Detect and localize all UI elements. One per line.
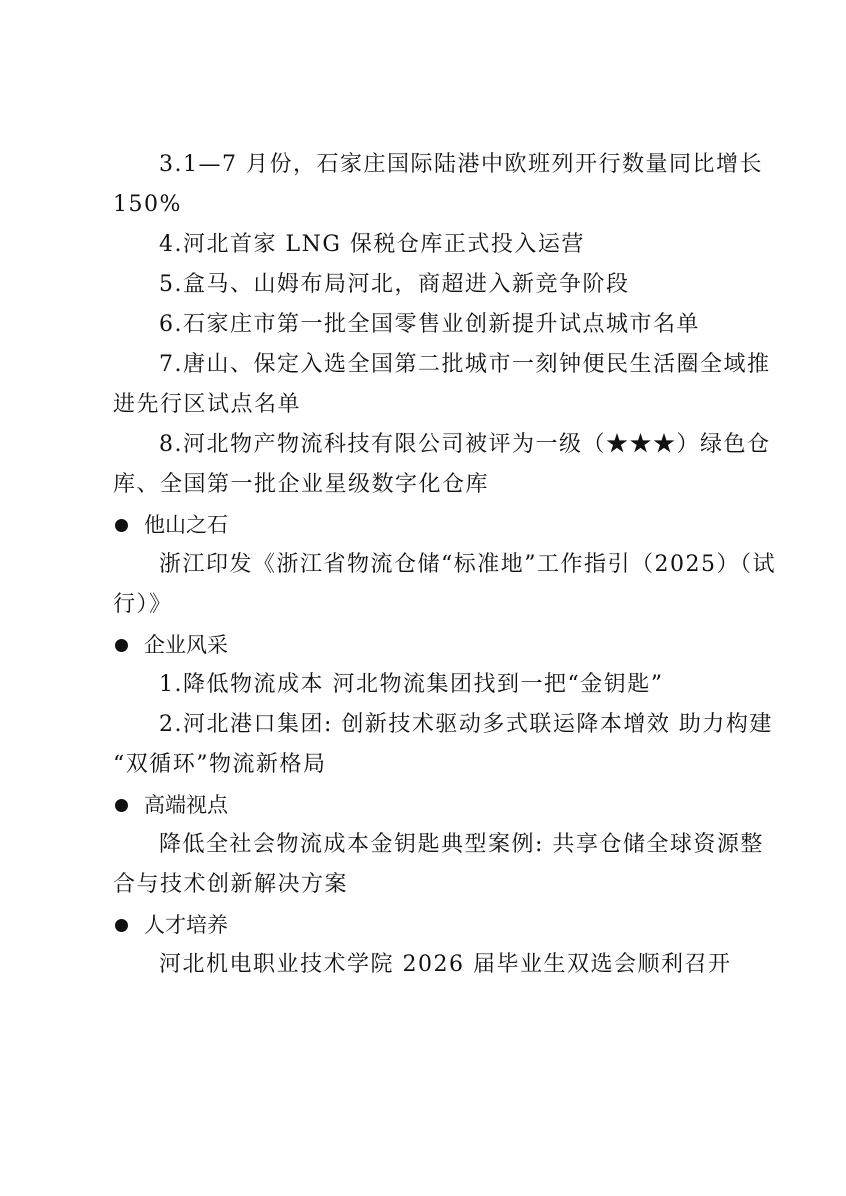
document-page: 3.1—7 月份，石家庄国际陆港中欧班列开行数量同比增长 150% 4.河北首家… <box>113 145 743 985</box>
news-item-8-line-2: 库、全国第一批企业星级数字化仓库 <box>113 465 743 505</box>
section-item-line: 2.河北港口集团: 创新技术驱动多式联运降本增效 助力构建 <box>113 705 743 745</box>
news-item-4: 4.河北首家 LNG 保税仓库正式投入运营 <box>113 225 743 265</box>
bullet-icon <box>115 639 128 652</box>
section-item-line: “双循环”物流新格局 <box>113 745 743 785</box>
bullet-icon <box>115 519 128 532</box>
section-title: 他山之石 <box>144 505 228 545</box>
news-item-7-line-1: 7.唐山、保定入选全国第二批城市一刻钟便民生活圈全域推 <box>113 345 743 385</box>
section-title: 企业风采 <box>144 625 228 665</box>
section-item-line: 河北机电职业技术学院 2026 届毕业生双选会顺利召开 <box>113 945 743 985</box>
section-heading-viewpoint: 高端视点 <box>113 785 743 825</box>
bullet-icon <box>115 919 128 932</box>
section-heading-enterprise: 企业风采 <box>113 625 743 665</box>
section-item-line: 降低全社会物流成本金钥匙典型案例: 共享仓储全球资源整 <box>113 825 743 865</box>
news-item-3-line-1: 3.1—7 月份，石家庄国际陆港中欧班列开行数量同比增长 <box>113 145 743 185</box>
bullet-icon <box>115 799 128 812</box>
news-item-6: 6.石家庄市第一批全国零售业创新提升试点城市名单 <box>113 305 743 345</box>
news-item-8-line-1: 8.河北物产物流科技有限公司被评为一级（★★★）绿色仓 <box>113 425 743 465</box>
section-title: 人才培养 <box>144 905 228 945</box>
section-item-line: 行）》 <box>113 585 743 625</box>
news-item-3-line-2: 150% <box>113 185 743 225</box>
section-item-line: 1.降低物流成本 河北物流集团找到一把“金钥匙” <box>113 665 743 705</box>
section-item-line: 浙江印发《浙江省物流仓储“标准地”工作指引（2025）（试 <box>113 545 743 585</box>
news-item-7-line-2: 进先行区试点名单 <box>113 385 743 425</box>
section-heading-talent: 人才培养 <box>113 905 743 945</box>
section-item-line: 合与技术创新解决方案 <box>113 865 743 905</box>
news-item-5: 5.盒马、山姆布局河北，商超进入新竞争阶段 <box>113 265 743 305</box>
section-title: 高端视点 <box>144 785 228 825</box>
section-heading-other-mountains: 他山之石 <box>113 505 743 545</box>
